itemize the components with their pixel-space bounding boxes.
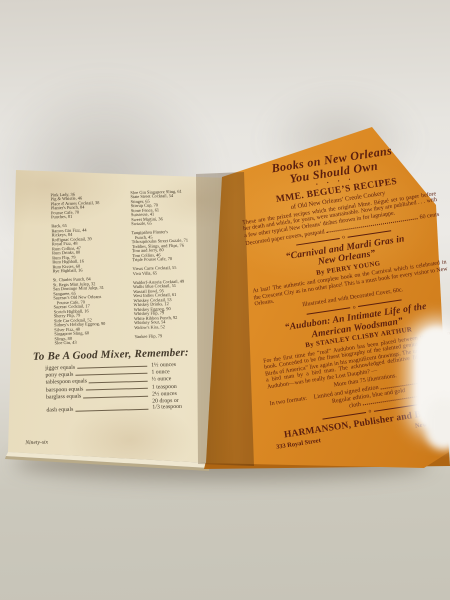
leader-line — [85, 388, 147, 391]
leader-line — [83, 395, 148, 398]
holding-finger-lower — [426, 398, 450, 450]
mixer-row-value: 2½ ounces — [150, 390, 204, 398]
index-column-2: Sloe Gin Singapore Sling, 61State Street… — [130, 176, 191, 344]
mixer-rows: jigger equals 1½ ounces pony equals 1 ou… — [45, 361, 204, 414]
mixer-row: dash equals 20 drops or 1/3 teaspoon — [46, 398, 204, 414]
leader-line — [75, 373, 147, 376]
book-photo: Pink Lady, 36Pig & Whistle, 46Place d' A… — [0, 0, 450, 600]
mixer-row-value: 1 ounce — [149, 368, 203, 376]
divider-ornament: o — [342, 234, 346, 240]
divider-ornament: o — [352, 304, 356, 310]
mixer-row-value: ½ ounce — [150, 375, 204, 383]
format2-label: cloth — [348, 401, 361, 409]
mixer-row-label: barspoon equals — [46, 386, 84, 393]
index-column-1: Pink Lady, 36Pig & Whistle, 46Place d' A… — [50, 177, 133, 346]
mixer-row-label: barglass equals — [46, 394, 81, 401]
index-entry: Yankee Flip, 79 — [134, 333, 190, 339]
mixer-section: To Be A Good Mixer, Remember: jigger equ… — [33, 345, 227, 414]
mixer-row-label: tablespoon equals — [46, 379, 88, 386]
price-value: 60 cents — [419, 211, 440, 220]
left-page-content: Pink Lady, 36Pig & Whistle, 46Place d' A… — [28, 175, 227, 447]
leader-line — [77, 366, 147, 369]
mixer-row-value: 1½ ounces — [149, 361, 203, 369]
mixer-row-label: jigger equals — [45, 364, 75, 371]
mixer-title: To Be A Good Mixer, Remember: — [33, 345, 225, 362]
index-entry: Sloe Gin, 43 — [55, 339, 133, 346]
leader-line — [75, 409, 148, 412]
leader-line — [89, 381, 148, 384]
drink-index: Pink Lady, 36Pig & Whistle, 46Place d' A… — [28, 175, 225, 347]
mixer-row-label: dash equals — [46, 407, 73, 414]
mixer-row-value: 1 teaspoon — [150, 383, 204, 391]
mixer-row-value: 20 drops or 1/3 teaspoon — [150, 398, 204, 412]
mixer-row-label: pony equals — [45, 372, 73, 379]
divider-ornament: o — [368, 408, 372, 414]
